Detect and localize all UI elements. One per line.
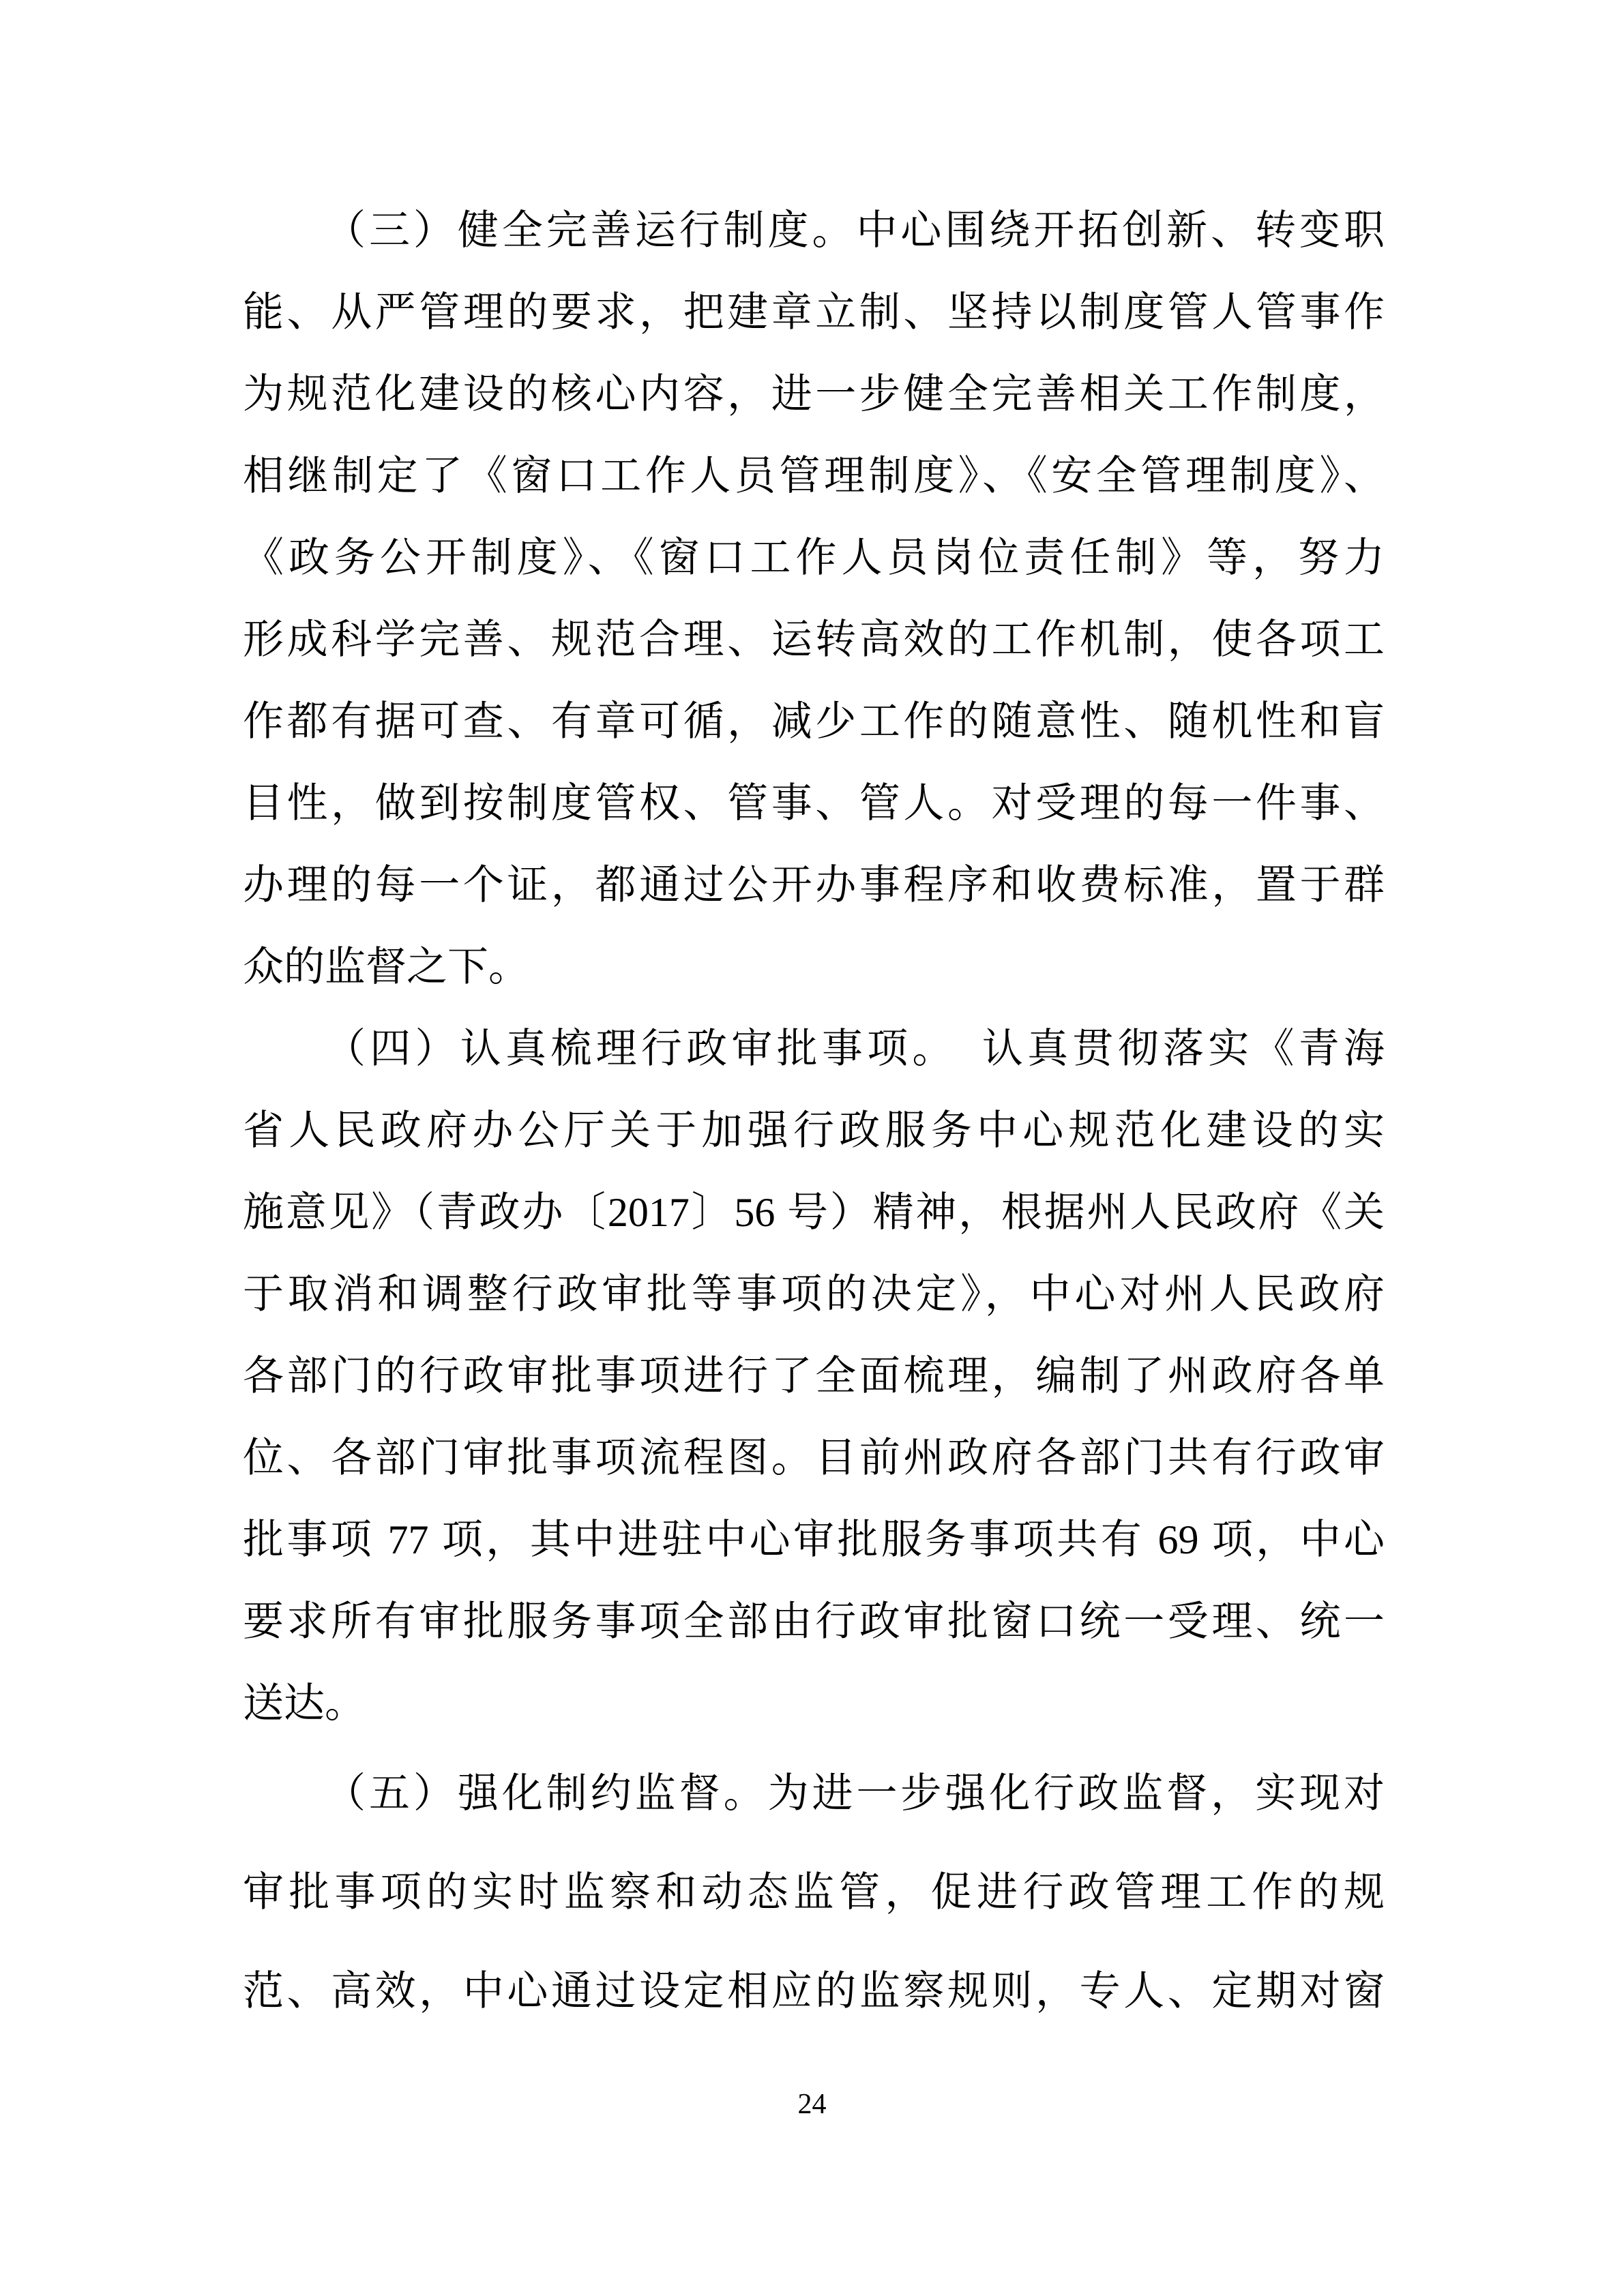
text-line: 省人民政府办公厅关于加强行政服务中心规范化建设的实: [243, 1090, 1385, 1172]
text-line: 相继制定了《窗口工作人员管理制度》、《安全管理制度》、: [243, 435, 1385, 517]
text-line: 办理的每一个证，都通过公开办事程序和收费标准，置于群: [243, 844, 1385, 926]
text-line: 目性，做到按制度管权、管事、管人。对受理的每一件事、: [243, 762, 1385, 844]
text-line: 各部门的行政审批事项进行了全面梳理，编制了州政府各单: [243, 1335, 1385, 1417]
text-line: 批事项 77 项，其中进驻中心审批服务事项共有 69 项，中心: [243, 1499, 1385, 1581]
text-line: 《政务公开制度》、《窗口工作人员岗位责任制》等，努力: [243, 517, 1385, 599]
text-line: 于取消和调整行政审批等事项的决定》，中心对州人民政府: [243, 1253, 1385, 1335]
text-line: 审批事项的实时监察和动态监管，促进行政管理工作的规: [243, 1843, 1385, 1942]
text-line: 形成科学完善、规范合理、运转高效的工作机制，使各项工: [243, 599, 1385, 681]
text-line: 为规范化建设的核心内容，进一步健全完善相关工作制度，: [243, 353, 1385, 435]
text-line: 送达。: [243, 1663, 1385, 1744]
text-line: （三）健全完善运行制度。中心围绕开拓创新、转变职: [243, 190, 1385, 271]
text-line: （五）强化制约监督。为进一步强化行政监督，实现对: [243, 1744, 1385, 1843]
text-line: 位、各部门审批事项流程图。目前州政府各部门共有行政审: [243, 1417, 1385, 1499]
text-line: 范、高效，中心通过设定相应的监察规则，专人、定期对窗: [243, 1942, 1385, 2041]
text-line: 施意见》（青政办〔2017〕56 号）精神，根据州人民政府《关: [243, 1172, 1385, 1253]
text-line: 能、从严管理的要求，把建章立制、坚持以制度管人管事作: [243, 271, 1385, 353]
document-page: （三）健全完善运行制度。中心围绕开拓创新、转变职 能、从严管理的要求，把建章立制…: [0, 0, 1624, 2296]
page-number: 24: [0, 2084, 1624, 2125]
document-body: （三）健全完善运行制度。中心围绕开拓创新、转变职 能、从严管理的要求，把建章立制…: [243, 190, 1385, 2041]
text-line: 作都有据可查、有章可循，减少工作的随意性、随机性和盲: [243, 681, 1385, 762]
text-line: （四）认真梳理行政审批事项。 认真贯彻落实《青海: [243, 1008, 1385, 1090]
text-line: 要求所有审批服务事项全部由行政审批窗口统一受理、统一: [243, 1581, 1385, 1663]
text-line: 众的监督之下。: [243, 926, 1385, 1008]
